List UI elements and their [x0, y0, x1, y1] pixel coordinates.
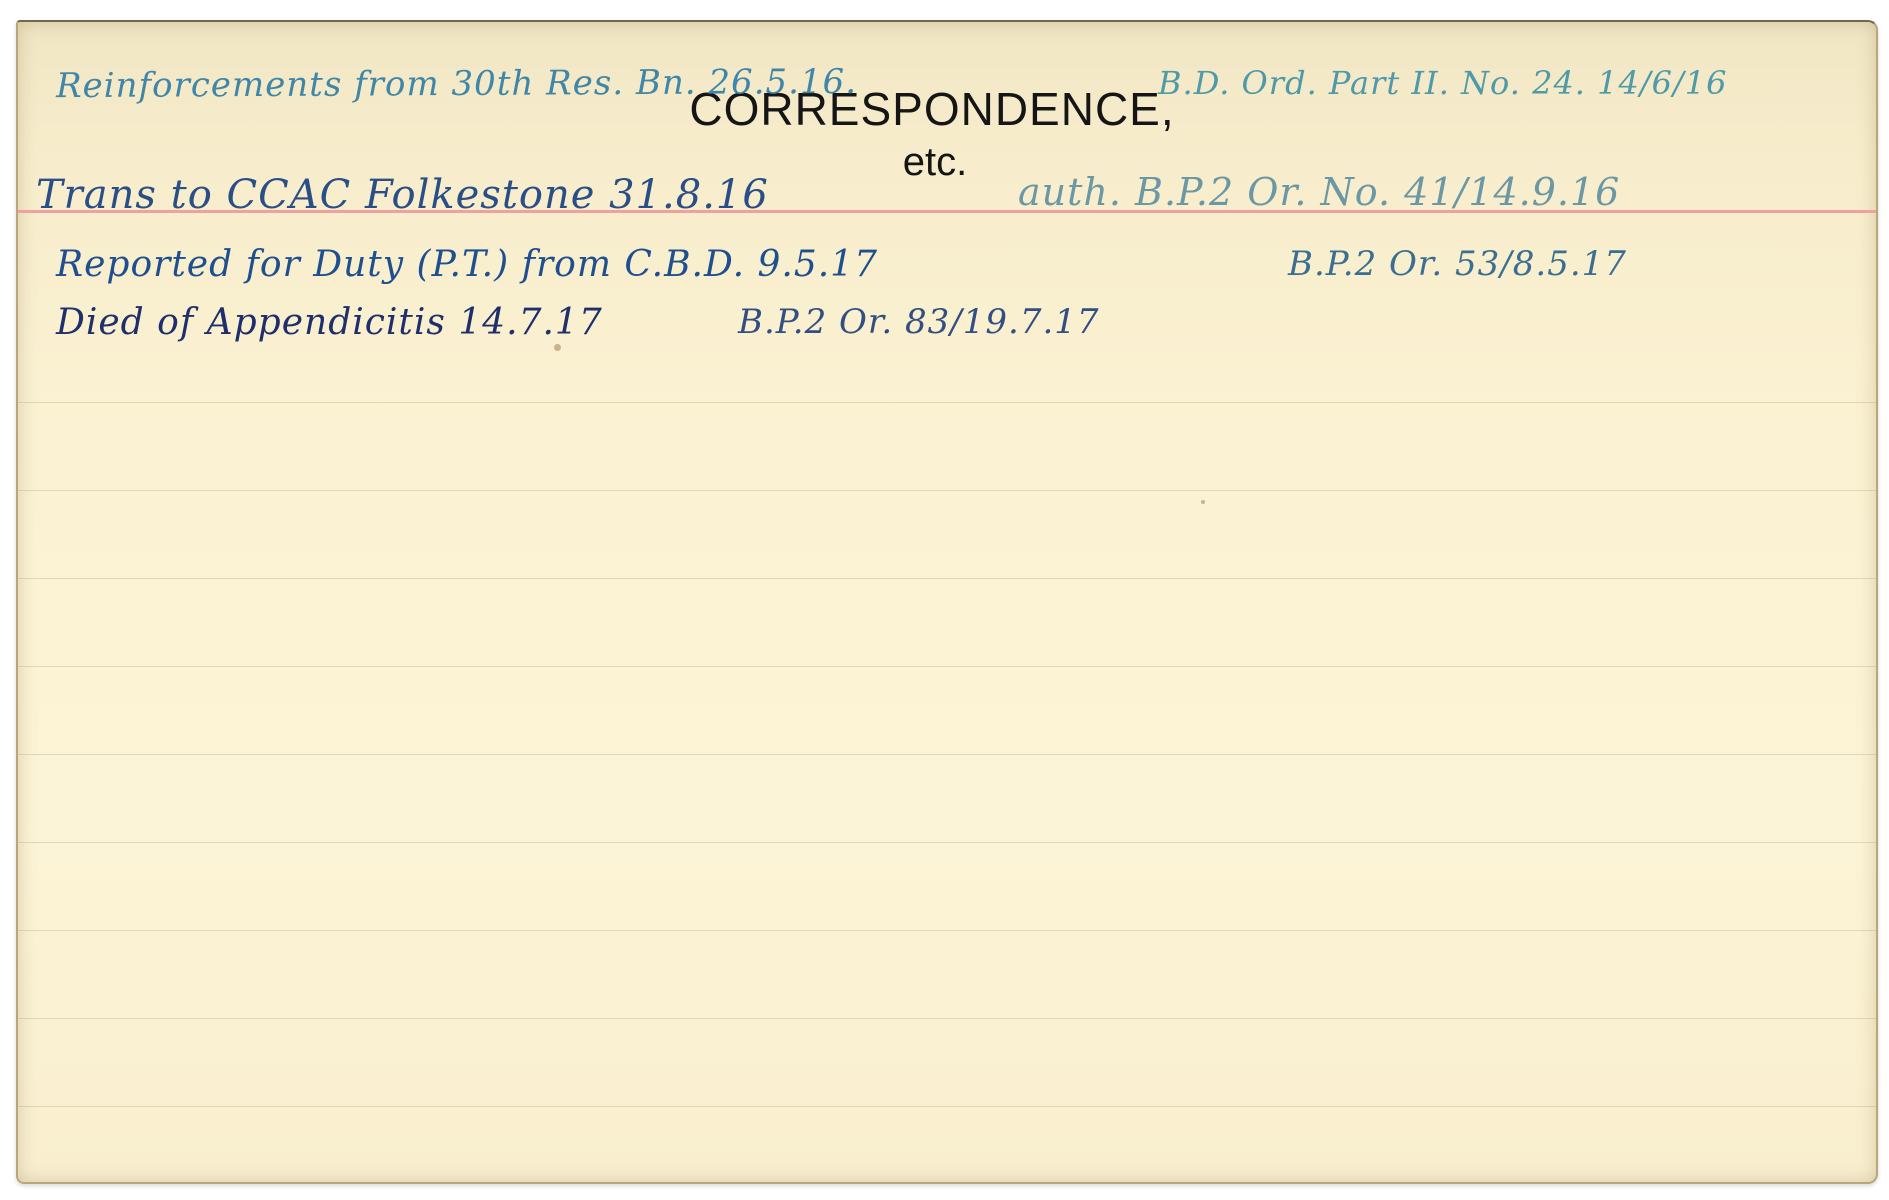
ruled-line [18, 754, 1876, 755]
ruled-line [18, 578, 1876, 579]
entry-2-reference: auth. B.P.2 Or. No. 41/14.9.16 [1018, 170, 1620, 214]
entry-4-text: Died of Appendicitis 14.7.17 [56, 302, 603, 343]
entry-3-reference: B.P.2 Or. 53/8.5.17 [1288, 244, 1627, 284]
ink-spot [554, 344, 561, 351]
record-card: CORRESPONDENCE, etc. Reinforcements from… [16, 20, 1878, 1184]
entry-1-text: Reinforcements from 30th Res. Bn. 26.5.1… [56, 62, 857, 106]
ruled-line [18, 666, 1876, 667]
entry-3-text: Reported for Duty (P.T.) from C.B.D. 9.5… [56, 244, 878, 285]
ink-spot [1201, 500, 1205, 504]
ruled-line [18, 1018, 1876, 1019]
ruled-line [18, 930, 1876, 931]
entry-1-reference: B.D. Ord. Part II. No. 24. 14/6/16 [1158, 64, 1728, 102]
ruled-line [18, 842, 1876, 843]
ruled-line [18, 490, 1876, 491]
entry-2-text: Trans to CCAC Folkestone 31.8.16 [36, 172, 769, 218]
ruled-line [18, 1106, 1876, 1107]
entry-4-reference: B.P.2 Or. 83/19.7.17 [738, 302, 1100, 342]
ruled-line [18, 402, 1876, 403]
